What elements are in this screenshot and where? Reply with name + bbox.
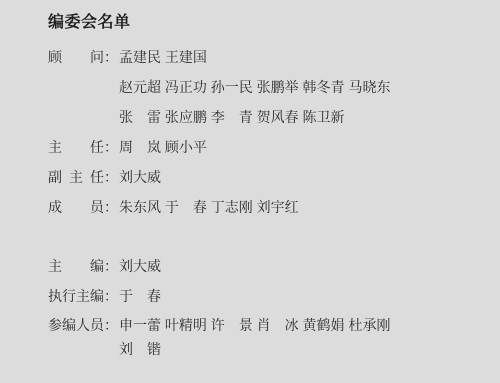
executive-editor-names: 于 春 [119, 281, 161, 311]
row-members: 成员 ： 朱东风 于 春 丁志刚 刘宇红 [48, 192, 480, 222]
director-label: 主任 [48, 132, 104, 162]
executive-editor-label: 执行主编 [48, 281, 104, 311]
row-advisor: 顾问 ： 孟建民 王建国 赵元超 冯正功 孙一民 张鹏举 韩冬青 马晓东 张 雷… [48, 42, 480, 132]
contributors-colon: ： [104, 313, 118, 337]
director-names: 周 岚 顾小平 [119, 132, 207, 162]
chief-editor-names-line: 刘大威 [119, 251, 161, 281]
row-contributors: 参编人员 ： 申一蕾 叶精明 许 景 肖 冰 黄鹤娟 杜承刚 刘 锴 [48, 313, 480, 361]
members-colon: ： [104, 192, 118, 222]
advisor-names-line: 孟建民 王建国 [119, 42, 390, 72]
director-names-line: 周 岚 顾小平 [119, 132, 207, 162]
director-colon: ： [104, 132, 118, 162]
row-deputy-director: 副主任 ： 刘大威 [48, 162, 480, 192]
advisor-names: 孟建民 王建国 赵元超 冯正功 孙一民 张鹏举 韩冬青 马晓东 张 雷 张应鹏 … [119, 42, 390, 132]
advisor-colon: ： [104, 42, 118, 72]
row-executive-editor: 执行主编 ： 于 春 [48, 281, 480, 311]
members-label: 成员 [48, 192, 104, 222]
deputy-director-colon: ： [104, 162, 118, 192]
editorial-board-list: 顾问 ： 孟建民 王建国 赵元超 冯正功 孙一民 张鹏举 韩冬青 马晓东 张 雷… [48, 42, 480, 361]
deputy-director-label: 副主任 [48, 162, 104, 192]
advisor-label: 顾问 [48, 42, 104, 72]
executive-editor-colon: ： [104, 281, 118, 311]
chief-editor-label: 主编 [48, 251, 104, 281]
chief-editor-colon: ： [104, 251, 118, 281]
page-title: 编委会名单 [48, 13, 480, 33]
contributors-names: 申一蕾 叶精明 许 景 肖 冰 黄鹤娟 杜承刚 刘 锴 [119, 313, 390, 361]
row-chief-editor: 主编 ： 刘大威 [48, 251, 480, 281]
executive-editor-names-line: 于 春 [119, 281, 161, 311]
advisor-names-line: 赵元超 冯正功 孙一民 张鹏举 韩冬青 马晓东 [119, 72, 390, 102]
deputy-director-names-line: 刘大威 [119, 162, 161, 192]
editorial-board-page: 编委会名单 顾问 ： 孟建民 王建国 赵元超 冯正功 孙一民 张鹏举 韩冬青 马… [0, 0, 500, 383]
contributors-names-line: 申一蕾 叶精明 许 景 肖 冰 黄鹤娟 杜承刚 [119, 313, 390, 337]
contributors-names-line: 刘 锴 [119, 337, 390, 361]
contributors-label: 参编人员 [48, 313, 104, 337]
members-names: 朱东风 于 春 丁志刚 刘宇红 [119, 192, 299, 222]
members-names-line: 朱东风 于 春 丁志刚 刘宇红 [119, 192, 299, 222]
row-director: 主任 ： 周 岚 顾小平 [48, 132, 480, 162]
chief-editor-names: 刘大威 [119, 251, 161, 281]
deputy-director-names: 刘大威 [119, 162, 161, 192]
advisor-names-line: 张 雷 张应鹏 李 青 贺风春 陈卫新 [119, 102, 390, 132]
